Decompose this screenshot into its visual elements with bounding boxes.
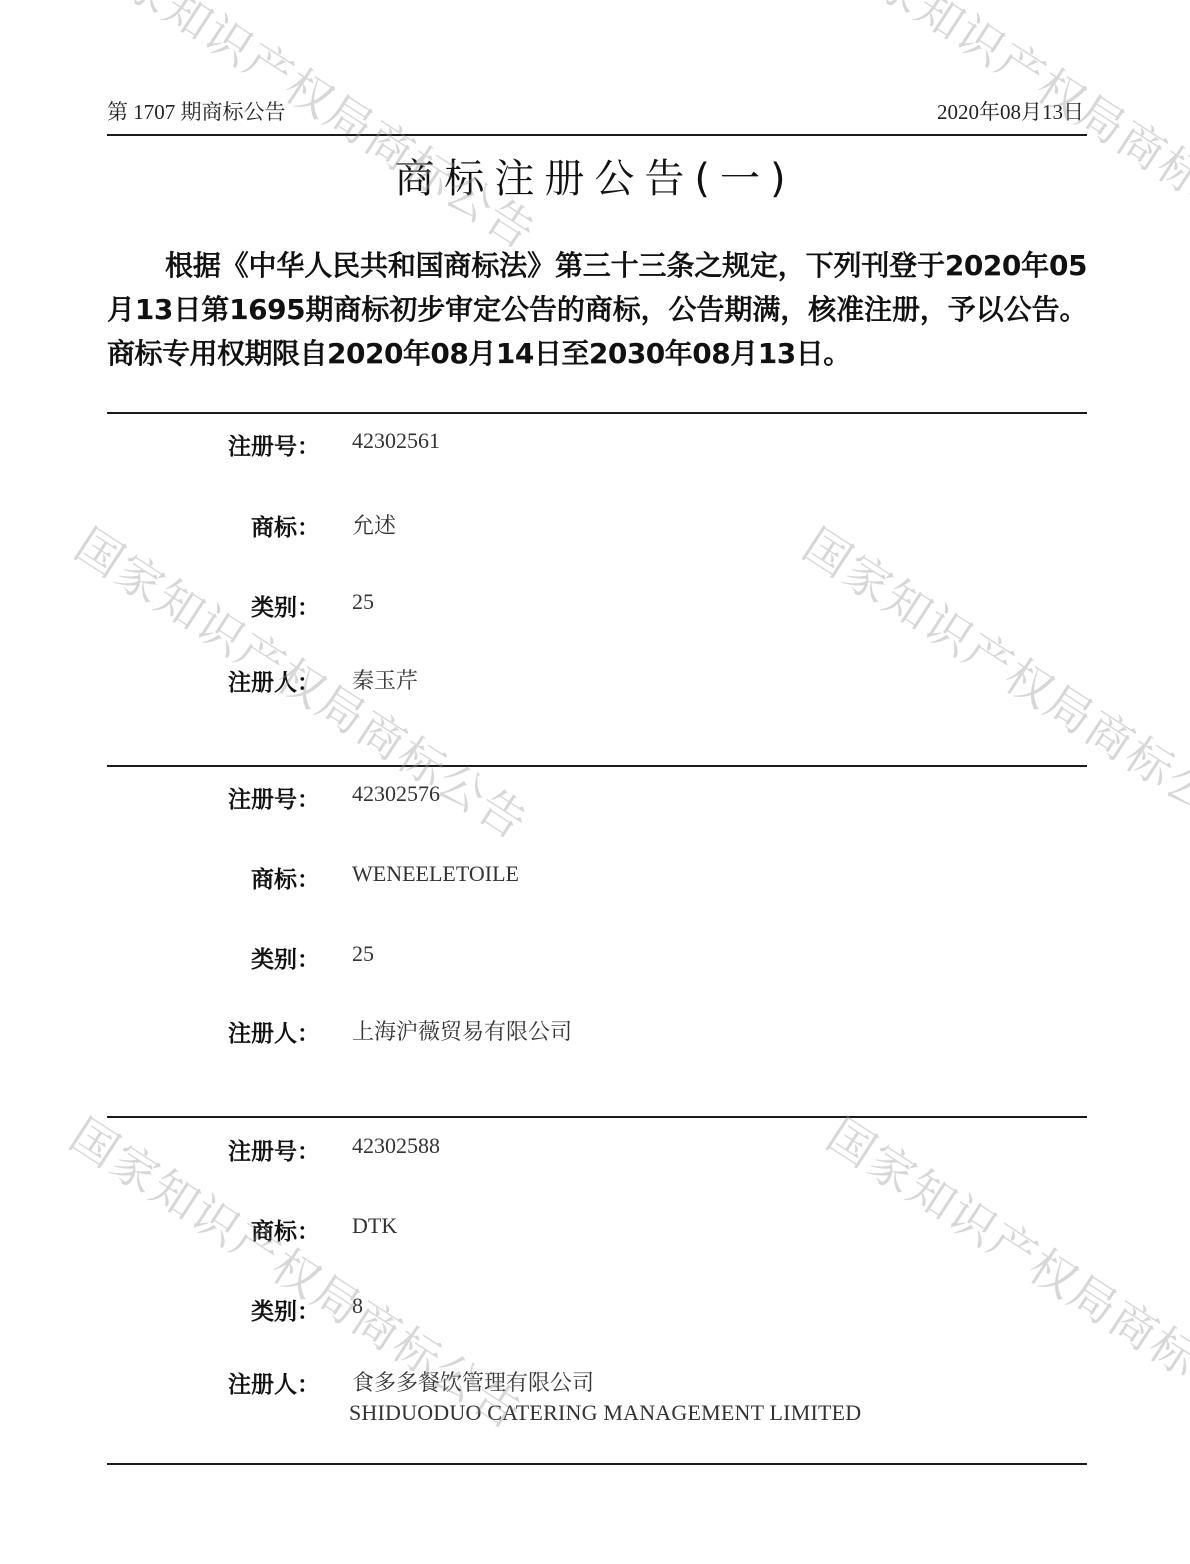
- class-value: 25: [352, 589, 374, 615]
- class-value: 8: [352, 1293, 363, 1319]
- field-class: 类别： 25: [107, 589, 1087, 623]
- registrant-label: 注册人：: [107, 1015, 320, 1048]
- field-mark: 商标： DTK: [107, 1213, 1087, 1247]
- registrant-value: 秦玉芹: [352, 664, 418, 695]
- record-divider: [107, 412, 1087, 414]
- reg-no-label: 注册号：: [107, 1133, 320, 1166]
- field-class: 类别： 8: [107, 1293, 1087, 1327]
- mark-label: 商标：: [107, 861, 320, 894]
- record-divider: [107, 1116, 1087, 1118]
- reg-no-label: 注册号：: [107, 428, 320, 461]
- reg-no-value: 42302576: [352, 781, 440, 807]
- page-title: 商标注册公告(一): [0, 147, 1190, 204]
- field-reg-no: 注册号： 42302576: [107, 781, 1087, 815]
- registrant-label: 注册人：: [107, 1366, 320, 1399]
- mark-value: 允述: [352, 509, 396, 540]
- mark-label: 商标：: [107, 509, 320, 542]
- registrant-english-name: SHIDUODUO CATERING MANAGEMENT LIMITED: [349, 1400, 861, 1426]
- field-registrant: 注册人： 上海沪薇贸易有限公司: [107, 1015, 1087, 1049]
- mark-label: 商标：: [107, 1213, 320, 1246]
- publication-date: 2020年08月13日: [937, 96, 1084, 126]
- record-divider: [107, 765, 1087, 767]
- mark-value: WENEELETOILE: [352, 861, 519, 887]
- header-divider: [107, 134, 1087, 136]
- class-label: 类别：: [107, 1293, 320, 1326]
- reg-no-label: 注册号：: [107, 781, 320, 814]
- issue-number: 第 1707 期商标公告: [107, 96, 286, 126]
- field-class: 类别： 25: [107, 941, 1087, 975]
- field-registrant: 注册人： 秦玉芹: [107, 664, 1087, 698]
- record-divider: [107, 1463, 1087, 1465]
- registrant-label: 注册人：: [107, 664, 320, 697]
- registrant-value: 上海沪薇贸易有限公司: [352, 1015, 572, 1046]
- reg-no-value: 42302588: [352, 1133, 440, 1159]
- field-mark: 商标： WENEELETOILE: [107, 861, 1087, 895]
- field-registrant: 注册人： 食多多餐饮管理有限公司 SHIDUODUO CATERING MANA…: [107, 1366, 1087, 1436]
- class-label: 类别：: [107, 589, 320, 622]
- watermark: 国家知识产权局商标公告: [72, 0, 551, 263]
- trademark-announcement-page: 第 1707 期商标公告 2020年08月13日 商标注册公告(一) 根据《中华…: [0, 0, 1190, 1564]
- watermark: 国家知识产权局商标公告: [824, 0, 1190, 263]
- class-label: 类别：: [107, 941, 320, 974]
- reg-no-value: 42302561: [352, 428, 440, 454]
- field-mark: 商标： 允述: [107, 509, 1087, 543]
- registrant-value: 食多多餐饮管理有限公司: [352, 1366, 594, 1397]
- field-reg-no: 注册号： 42302588: [107, 1133, 1087, 1167]
- intro-paragraph: 根据《中华人民共和国商标法》第三十三条之规定，下列刊登于2020年05月13日第…: [107, 244, 1087, 376]
- class-value: 25: [352, 941, 374, 967]
- field-reg-no: 注册号： 42302561: [107, 428, 1087, 462]
- mark-value: DTK: [352, 1213, 397, 1239]
